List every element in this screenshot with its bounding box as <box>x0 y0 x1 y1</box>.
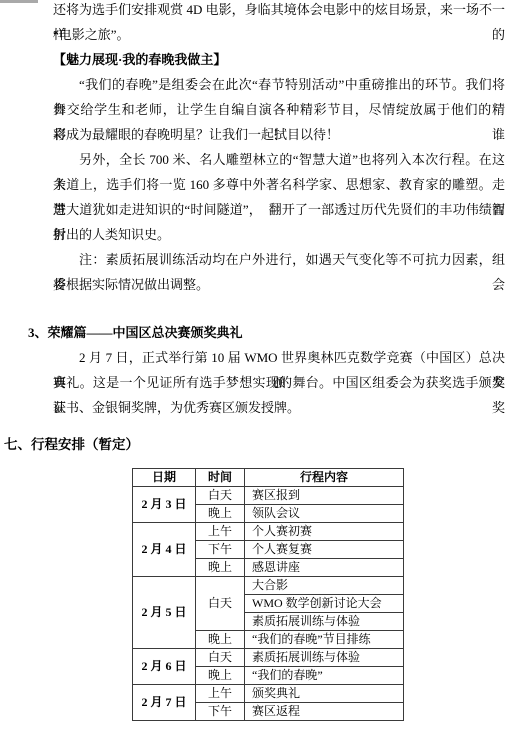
body-line: 2 月 7 日，正式举行第 10 届 WMO 世界奥林匹克数学竞赛（中国区）总决… <box>53 345 505 370</box>
header-cell-time: 时间 <box>196 469 245 487</box>
content-cell: 赛区报到 <box>245 487 404 505</box>
section-heading-honor: 3、荣耀篇——中国区总决赛颁奖典礼 <box>28 320 505 345</box>
document-page: 还将为选手们安排观赏 4D 电影，身临其境体会电影中的炫目场景，来一场不一样的 … <box>0 0 524 747</box>
content-cell: WMO 数学创新讨论大会 <box>245 595 404 613</box>
time-cell: 晚上 <box>196 667 245 685</box>
time-cell: 晚上 <box>196 505 245 523</box>
content-cell: 赛区返程 <box>245 703 404 721</box>
date-cell: 2 月 4 日 <box>133 523 196 577</box>
table-header-row: 日期 时间 行程内容 <box>133 469 404 487</box>
time-cell: 白天 <box>196 487 245 505</box>
table-row: 2 月 7 日 上午 颁奖典礼 <box>133 685 404 703</box>
content-cell: 感恩讲座 <box>245 559 404 577</box>
header-cell-content: 行程内容 <box>245 469 404 487</box>
body-line: 注：素质拓展训练活动均在户外进行，如遇天气变化等不可抗力因素，组委会 <box>53 247 505 272</box>
time-cell: 上午 <box>196 523 245 541</box>
body-line: “我们的春晚”是组委会在此次“春节特别活动”中重磅推出的环节。我们将舞 <box>53 72 505 97</box>
date-cell: 2 月 7 日 <box>133 685 196 721</box>
time-cell: 下午 <box>196 541 245 559</box>
content-cell: 个人赛初赛 <box>245 523 404 541</box>
time-cell: 上午 <box>196 685 245 703</box>
document-content: 还将为选手们安排观赏 4D 电影，身临其境体会电影中的炫目场景，来一场不一样的 … <box>53 0 505 721</box>
body-line: 慧大道犹如走进知识的“时间隧道”， 翻开了一部透过历代先贤们的丰功伟绩而折 <box>53 197 505 222</box>
body-line: 另外，全长 700 米、名人雕塑林立的“智慧大道”也将列入本次行程。在这条 <box>53 147 505 172</box>
time-cell: 白天 <box>196 577 245 631</box>
section-heading-charm-show: 【魅力展现·我的春晚我做主】 <box>53 47 505 72</box>
date-cell: 2 月 6 日 <box>133 649 196 685</box>
content-cell: 素质拓展训练与体验 <box>245 613 404 631</box>
body-line: 台交给学生和老师，让学生自编自演各种精彩节目，尽情绽放属于他们的精彩！谁 <box>53 97 505 122</box>
content-cell: 颁奖典礼 <box>245 685 404 703</box>
date-cell: 2 月 5 日 <box>133 577 196 649</box>
content-cell: 大合影 <box>245 577 404 595</box>
content-cell: 素质拓展训练与体验 <box>245 649 404 667</box>
header-cell-date: 日期 <box>133 469 196 487</box>
table-row: 2 月 6 日 白天 素质拓展训练与体验 <box>133 649 404 667</box>
date-cell: 2 月 3 日 <box>133 487 196 523</box>
content-cell: 领队会议 <box>245 505 404 523</box>
table-row: 2 月 4 日 上午 个人赛初赛 <box>133 523 404 541</box>
itinerary-table: 日期 时间 行程内容 2 月 3 日 白天 赛区报到 晚上 领队会议 2 月 4… <box>132 468 404 721</box>
body-line: 典礼。这是一个见证所有选手梦想实现的舞台。中国区组委会为获奖选手颁发获奖 <box>53 370 505 395</box>
time-cell: 下午 <box>196 703 245 721</box>
table-row: 2 月 5 日 白天 大合影 <box>133 577 404 595</box>
content-cell: “我们的春晚” <box>245 667 404 685</box>
body-line: 大道上，选手们将一览 160 多尊中外著名科学家、思想家、教育家的雕塑。走进智 <box>53 172 505 197</box>
time-cell: 白天 <box>196 649 245 667</box>
body-line: 还将为选手们安排观赏 4D 电影，身临其境体会电影中的炫目场景，来一场不一样的 <box>53 0 505 22</box>
top-edge-artifact <box>0 0 38 3</box>
time-cell: 晚上 <box>196 631 245 649</box>
content-cell: “我们的春晚”节目排练 <box>245 631 404 649</box>
time-cell: 晚上 <box>196 559 245 577</box>
section-heading-itinerary: 七、行程安排（暂定） <box>4 432 505 457</box>
content-cell: 个人赛复赛 <box>245 541 404 559</box>
body-line: 射出的人类知识史。 <box>53 222 505 247</box>
table-row: 2 月 3 日 白天 赛区报到 <box>133 487 404 505</box>
